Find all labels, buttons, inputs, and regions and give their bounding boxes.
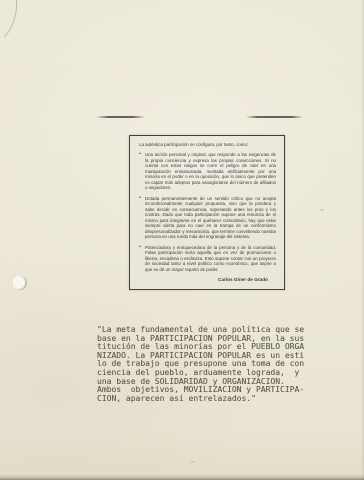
- hole-punch: [13, 276, 27, 290]
- clipping-bullet-text: Una acción personal y original, que resp…: [145, 152, 276, 191]
- photocopy-artifact-line-right: [246, 116, 303, 118]
- paper-speck: [320, 209, 324, 211]
- scanned-page: La auténtica participación se configura,…: [0, 0, 364, 480]
- page-edge-shadow-bottom: [0, 474, 364, 480]
- clipping-intro: La auténtica participación se configura,…: [139, 142, 276, 148]
- clipping-bullet-text: Potenciadora y enriquecedora de la perso…: [145, 245, 276, 273]
- photocopy-artifact-line-left: [96, 116, 145, 118]
- typed-quote: "La meta fundamental de una política que…: [97, 326, 321, 403]
- clipping-bullet-item: • Dotada permanentemente de un sentido c…: [139, 196, 276, 240]
- page-curl-line: [0, 0, 23, 45]
- clipping-signature: Carlos Giner de Grado: [139, 277, 268, 283]
- clipping-bullet-text: Dotada permanentemente de un sentido crí…: [145, 196, 276, 240]
- clipping-bullet-item: • Potenciadora y enriquecedora de la per…: [139, 245, 276, 273]
- clipping-bullet-item: • Una acción personal y original, que re…: [139, 152, 276, 191]
- printed-clipping: La auténtica participación se configura,…: [129, 135, 285, 290]
- paper-speck: [190, 461, 195, 463]
